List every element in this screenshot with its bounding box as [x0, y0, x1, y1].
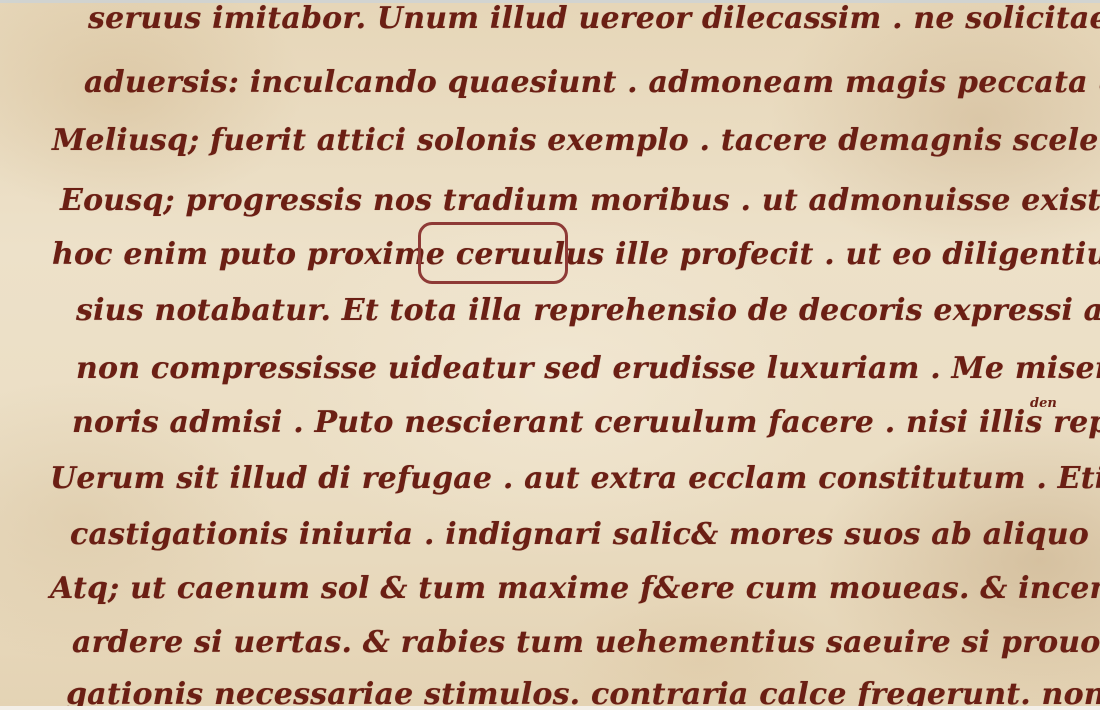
manuscript-line-2: aduersis: inculcando quaesiunt . admonea… [84, 68, 1100, 98]
manuscript-line-4: Eousq; progressis nos tradium moribus . … [60, 186, 1100, 216]
manuscript-line-11: Atq; ut caenum sol & tum maxime f&ere cu… [50, 574, 1100, 604]
manuscript-line-1: seruus imitabor. Unum illud uereor dilec… [88, 4, 1100, 34]
manuscript-line-12: ardere si uertas. & rabies tum uehementi… [72, 628, 1100, 658]
interlinear-gloss: den [1030, 396, 1057, 411]
bottom-edge [0, 706, 1100, 710]
manuscript-line-5: hoc enim puto proxime ceruulus ille prof… [52, 240, 1100, 270]
manuscript-line-8: noris admisi . Puto nescierant ceruulum … [72, 408, 1100, 438]
manuscript-line-7: non compressisse uideatur sed erudisse l… [76, 354, 1100, 384]
manuscript-line-3: Meliusq; fuerit attici solonis exemplo .… [52, 126, 1100, 156]
manuscript-line-10: castigationis iniuria . indignari salic&… [70, 520, 1100, 550]
word-highlight-ceruulus[interactable] [418, 222, 568, 284]
manuscript-line-9: Uerum sit illud di refugae . aut extra e… [50, 464, 1100, 494]
manuscript-line-6: sius notabatur. Et tota illa reprehensio… [76, 296, 1100, 326]
